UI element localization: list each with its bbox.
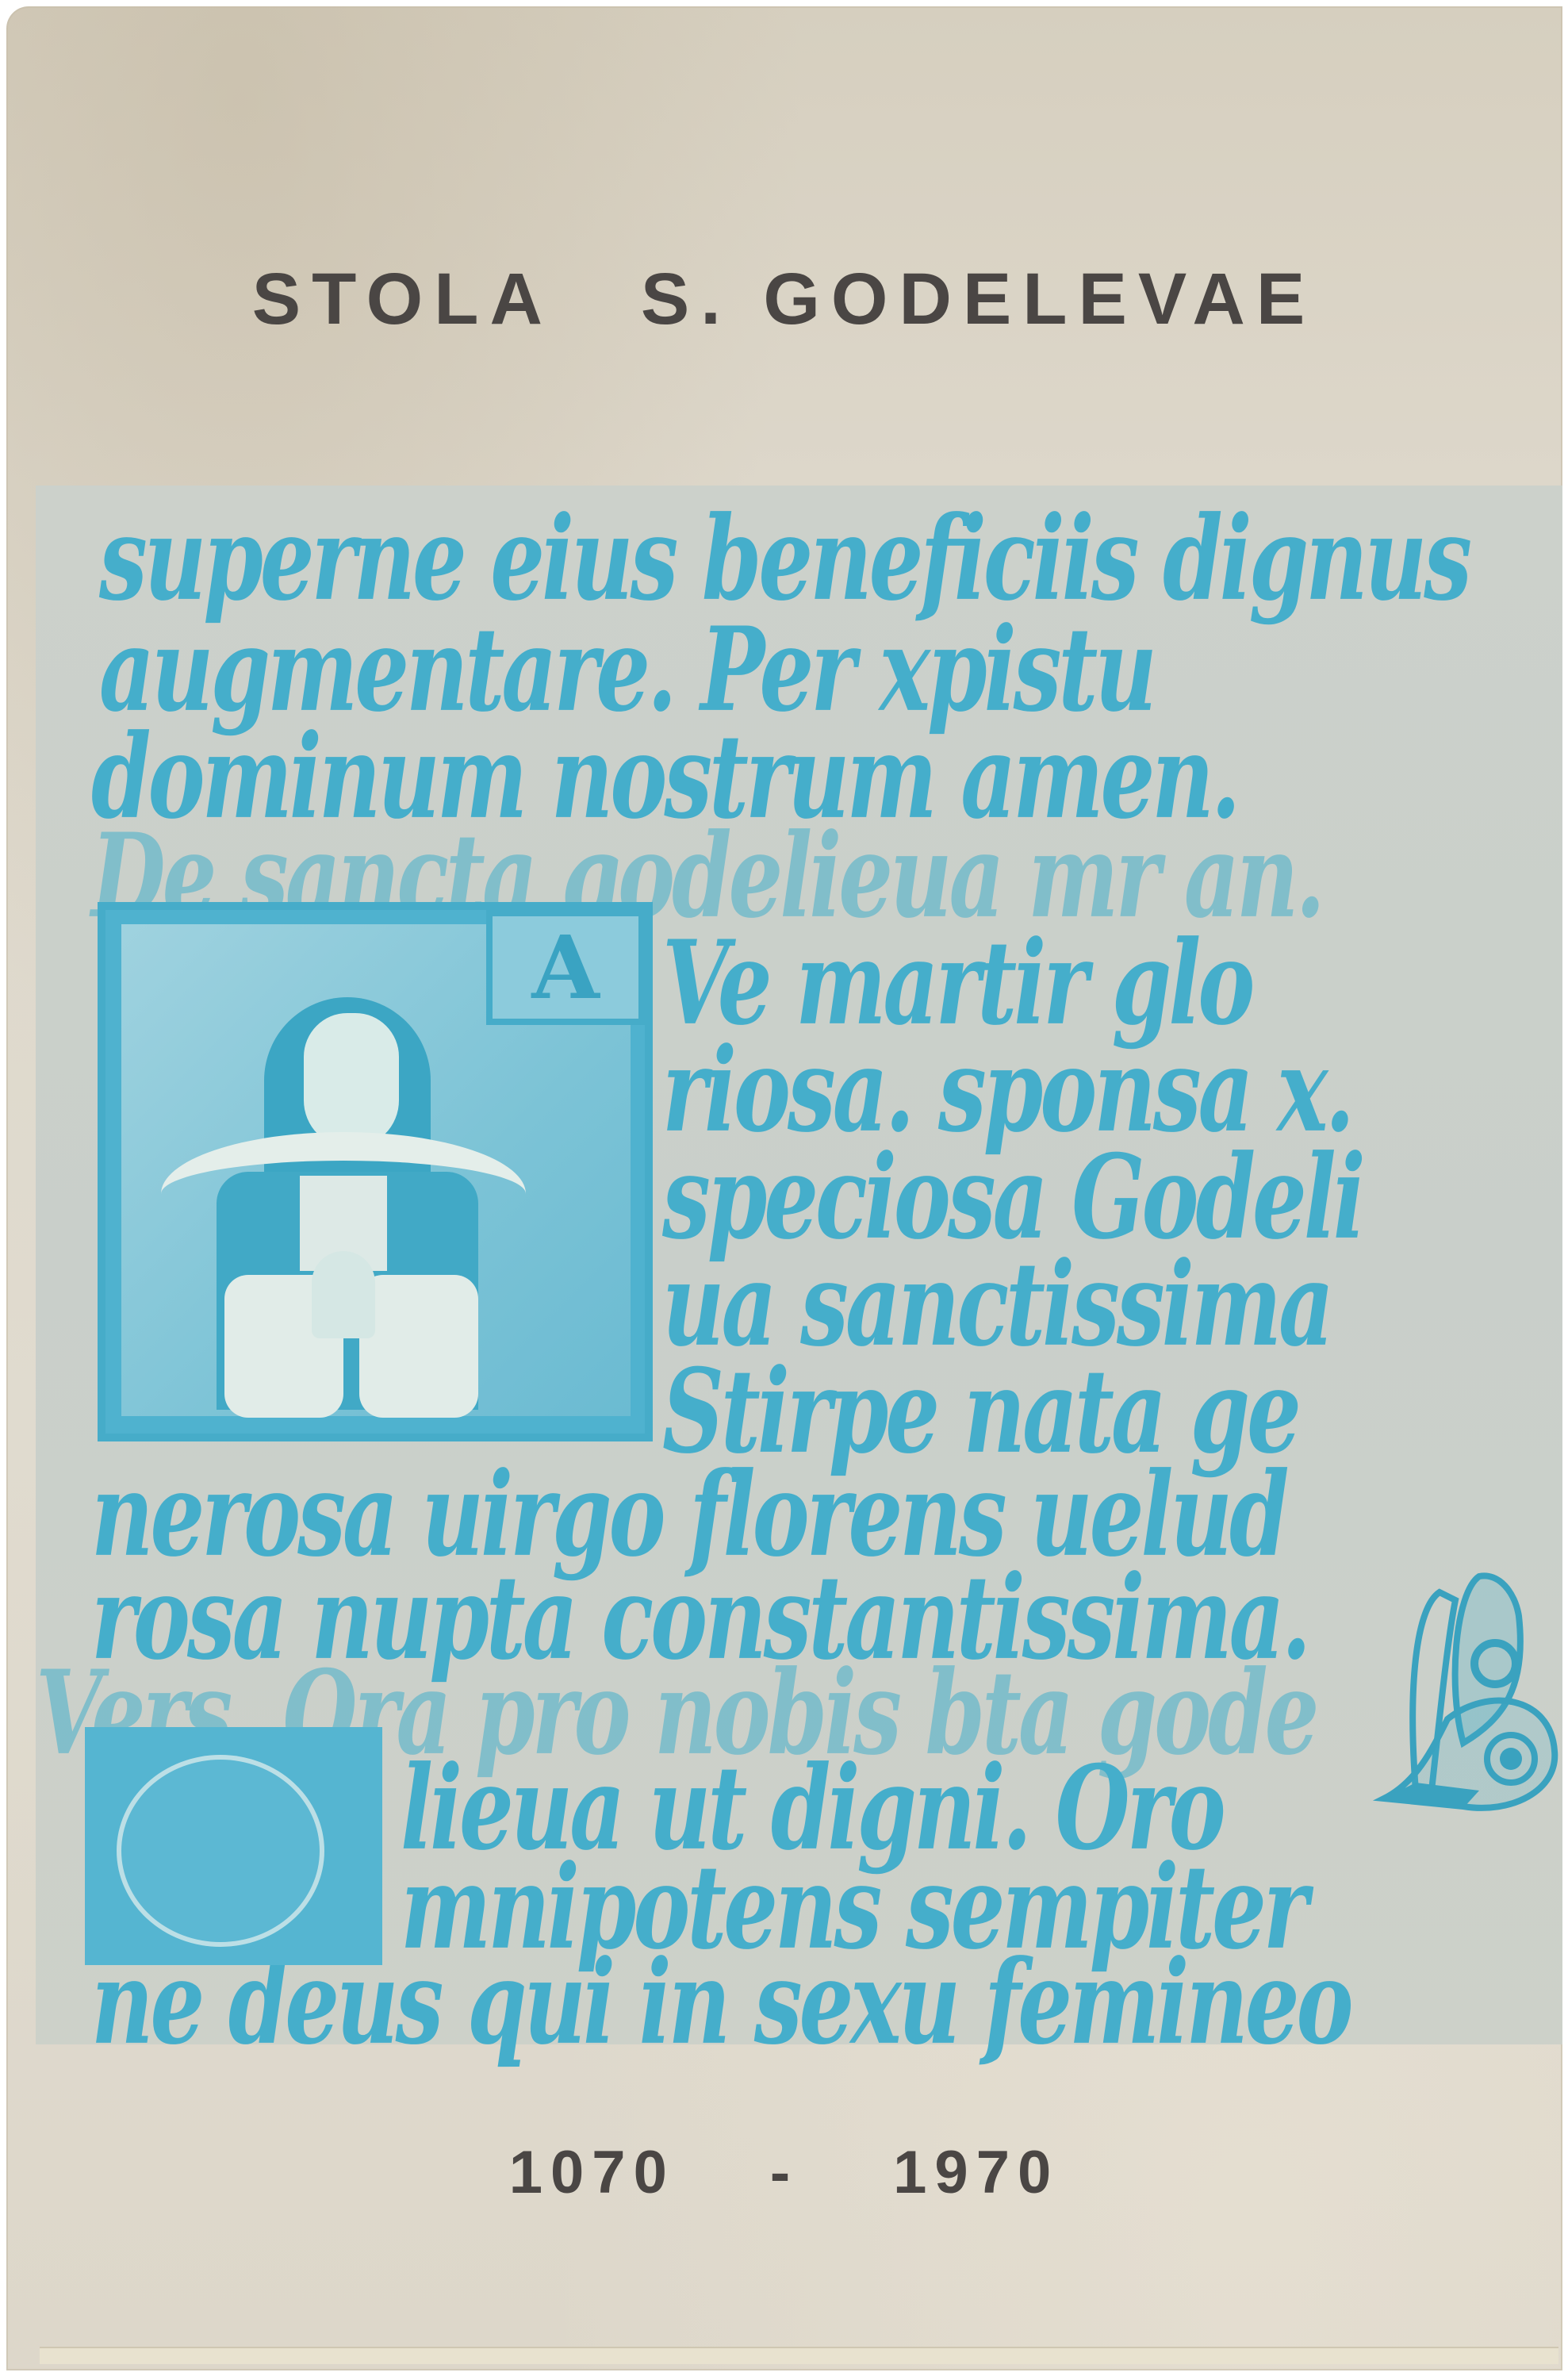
title-part-2: S. GODELEVAE [641,258,1316,341]
date-range: 1070-1970 [0,2138,1568,2207]
end-year: 1970 [893,2138,1059,2207]
butterfly-icon [1368,1560,1568,1814]
title-part-1: STOLA [252,258,554,341]
manuscript-line: superne eius beneficiis dignus [99,501,1469,617]
start-year: 1070 [509,2138,675,2207]
date-separator: - [770,2138,798,2207]
book-title: STOLAS. GODELEVAE [0,258,1568,341]
saint-portrait-miniature: A [98,902,653,1441]
manuscript-plate: superne eius beneficiis dignus augmentar… [36,486,1562,2044]
illuminated-initial-a: A [486,910,645,1025]
page-edge [40,2347,1558,2364]
illuminated-initial-o [85,1727,382,1965]
